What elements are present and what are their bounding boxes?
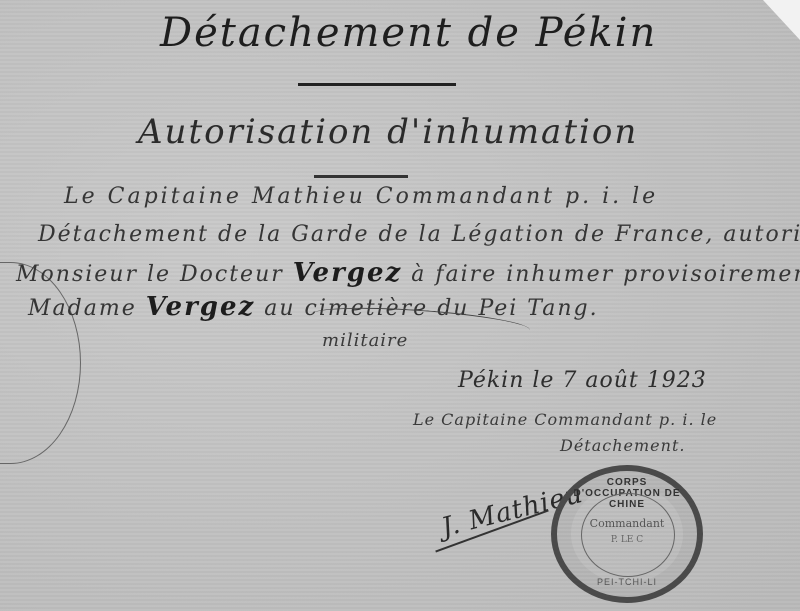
document-title: Détachement de Pékin	[160, 10, 657, 56]
stamp-sub-text: P. LE C	[557, 535, 697, 545]
body-line-4-pre: Madame	[28, 296, 137, 321]
stamp-bottom-text: PEI-TCHI-LI	[557, 577, 697, 587]
body-line-3: Monsieur le Docteur Vergez à faire inhum…	[16, 258, 800, 288]
subtitle-underline	[314, 175, 408, 178]
deceased-name: Vergez	[146, 292, 256, 322]
body-line-1: Le Capitaine Mathieu Commandant p. i. le	[64, 184, 658, 209]
stamp-center-text: Commandant	[557, 517, 697, 530]
doctor-name: Vergez	[293, 258, 403, 288]
title-underline	[298, 83, 456, 86]
body-line-2: Détachement de la Garde de la Légation d…	[38, 222, 800, 247]
document-subtitle: Autorisation d'inhumation	[138, 112, 638, 152]
date-line: Pékin le 7 août 1923	[458, 368, 707, 393]
body-line-3-post: à faire inhumer provisoirement	[411, 262, 800, 287]
insertion-text: militaire	[322, 330, 408, 351]
body-line-3-pre: Monsieur le Docteur	[16, 262, 284, 287]
signatory-title: Le Capitaine Commandant p. i. le	[413, 410, 717, 429]
signatory-title-2: Détachement.	[560, 436, 685, 455]
official-stamp: CORPS D'OCCUPATION DE CHINE Commandant P…	[551, 465, 703, 603]
